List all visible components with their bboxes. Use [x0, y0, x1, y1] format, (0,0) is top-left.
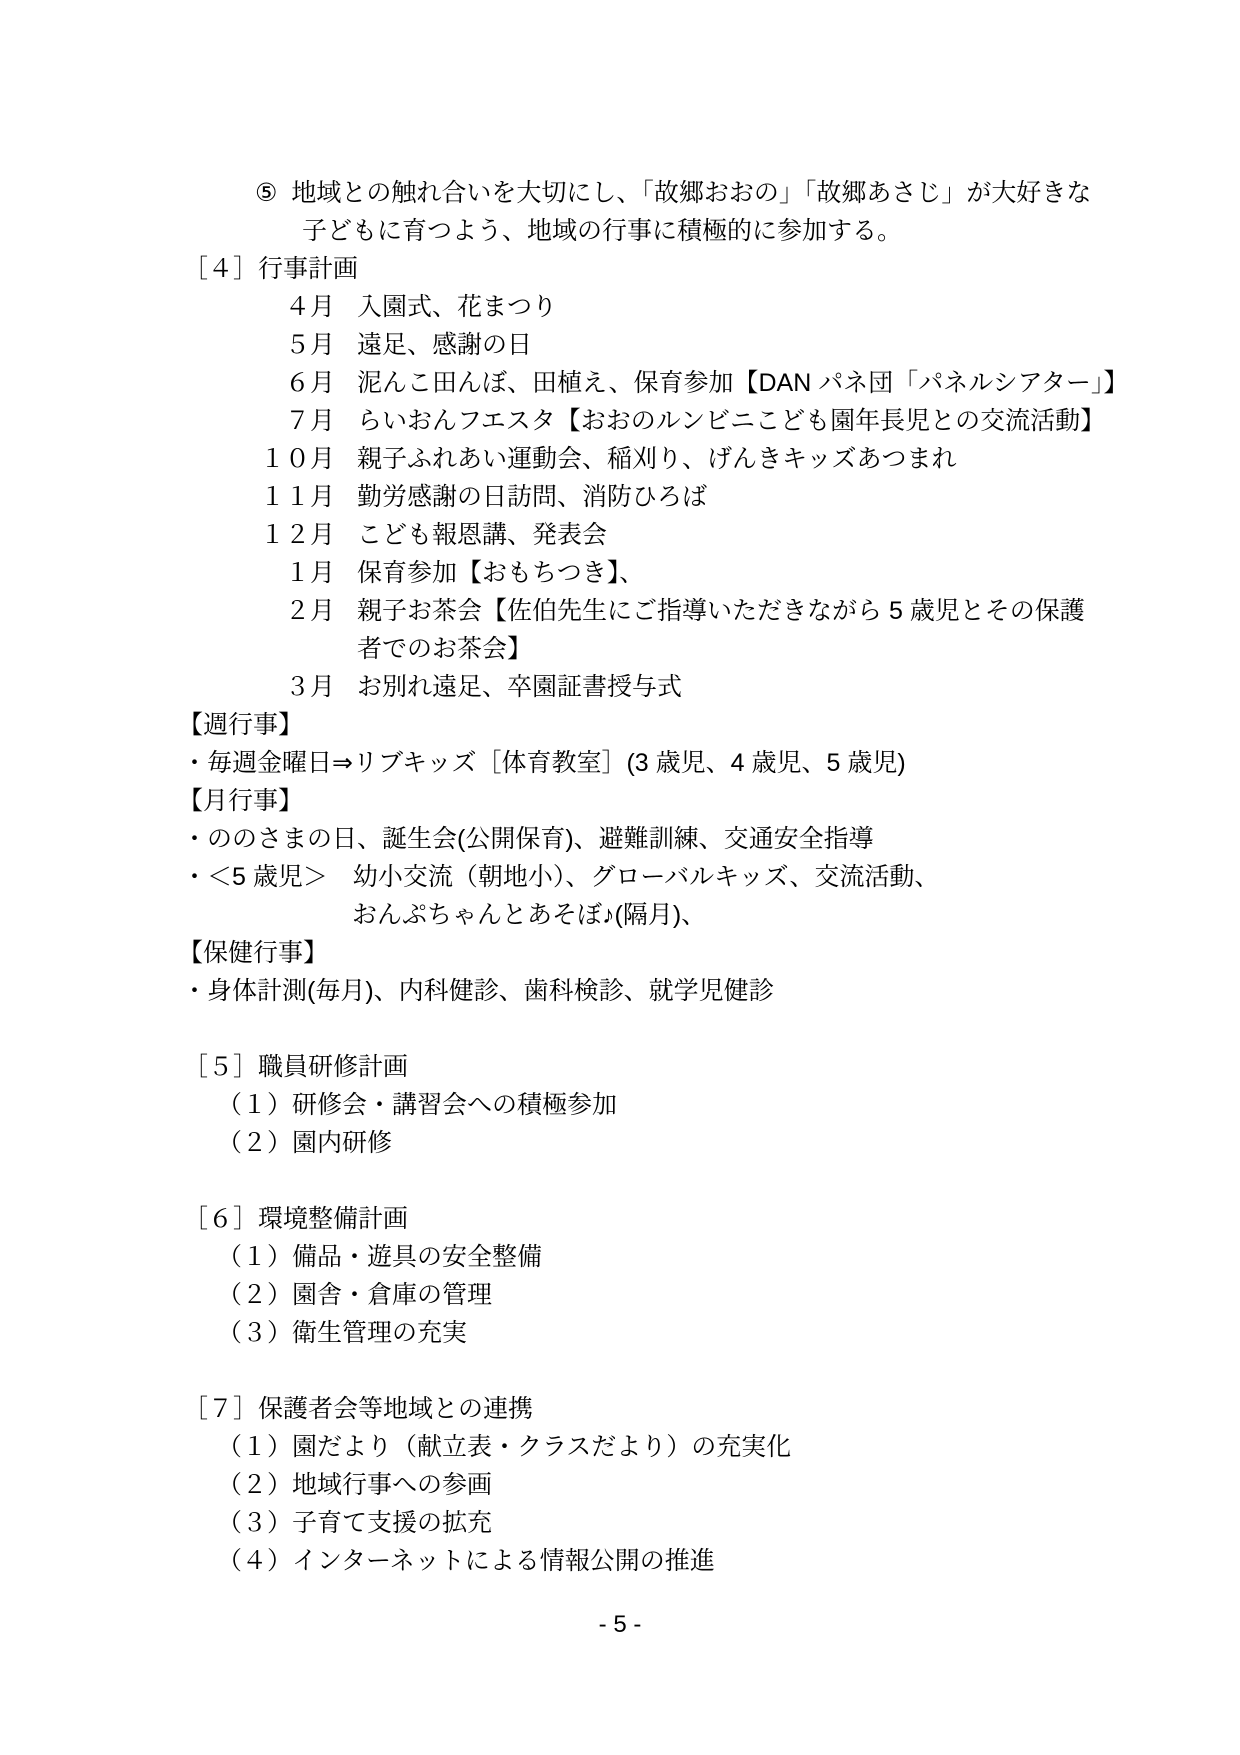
page-number: - 5 - — [0, 1606, 1240, 1644]
goal-item-5-text: 地域との触れ合いを大切にし、「故郷おおの」「故郷あさじ」が大好きな — [277, 179, 1091, 207]
section-6-item: （３）衛生管理の充実 — [0, 1314, 1240, 1352]
section-5-item: （２）園内研修 — [0, 1124, 1240, 1162]
event-row-february: ２月親子お茶会【佐伯先生にご指導いただきながら 5 歳児とその保護 — [0, 592, 1240, 630]
event-month-label: ７月 — [240, 402, 335, 440]
event-row-december: １２月こども報恩講、発表会 — [0, 516, 1240, 554]
event-month-label: １月 — [240, 554, 335, 592]
event-month-label: ６月 — [240, 364, 335, 402]
section-6-heading: ［６］環境整備計画 — [0, 1200, 1240, 1238]
weekly-events-item: ・毎週金曜日⇒リブキッズ［体育教室］(3 歳児、4 歳児、5 歳児) — [0, 744, 1240, 782]
section-gap — [0, 1352, 1240, 1390]
section-4-heading: ［４］行事計画 — [0, 250, 1240, 288]
section-6-item: （１）備品・遊具の安全整備 — [0, 1238, 1240, 1276]
monthly-activities-continuation: おんぷちゃんとあそぼ♪(隔月)、 — [0, 896, 1240, 934]
event-text: 勤労感謝の日訪問、消防ひろば — [335, 478, 707, 516]
event-text: 保育参加【おもちつき】、 — [335, 554, 644, 592]
event-row-may: ５月遠足、感謝の日 — [0, 326, 1240, 364]
section-7-item: （３）子育て支援の拡充 — [0, 1504, 1240, 1542]
event-text: 泥んこ田んぼ、田植え、保育参加【DAN パネ団「パネルシアター」】 — [335, 364, 1128, 402]
section-7-item: （４）インターネットによる情報公開の推進 — [0, 1542, 1240, 1580]
event-text: お別れ遠足、卒園証書授与式 — [335, 668, 682, 706]
event-row-march: ３月お別れ遠足、卒園証書授与式 — [0, 668, 1240, 706]
goal-item-5-line1: ⑤地域との触れ合いを大切にし、「故郷おおの」「故郷あさじ」が大好きな — [0, 174, 1240, 212]
event-month-label: １２月 — [240, 516, 335, 554]
section-5-heading: ［５］職員研修計画 — [0, 1048, 1240, 1086]
health-events-item: ・身体計測(毎月)、内科健診、歯科検診、就学児健診 — [0, 972, 1240, 1010]
section-gap — [0, 1010, 1240, 1048]
event-row-february-continuation: 者でのお茶会】 — [0, 630, 1240, 668]
event-month-label: ２月 — [240, 592, 335, 630]
section-7-heading: ［７］保護者会等地域との連携 — [0, 1390, 1240, 1428]
event-month-label: １１月 — [240, 478, 335, 516]
event-month-label: ４月 — [240, 288, 335, 326]
section-7-item: （１）園だより（献立表・クラスだより）の充実化 — [0, 1428, 1240, 1466]
event-text: 親子お茶会【佐伯先生にご指導いただきながら 5 歳児とその保護 — [335, 592, 1085, 630]
section-7-item: （２）地域行事への参画 — [0, 1466, 1240, 1504]
document-page: ⑤地域との触れ合いを大切にし、「故郷おおの」「故郷あさじ」が大好きな 子どもに育… — [0, 0, 1240, 1755]
health-events-heading: 【保健行事】 — [0, 934, 1240, 972]
event-row-january: １月保育参加【おもちつき】、 — [0, 554, 1240, 592]
weekly-events-heading: 【週行事】 — [0, 706, 1240, 744]
event-text: らいおんフエスタ【おおのルンビニこども園年長児との交流活動】 — [335, 402, 1105, 440]
event-row-june: ６月泥んこ田んぼ、田植え、保育参加【DAN パネ団「パネルシアター」】 — [0, 364, 1240, 402]
document-body: ⑤地域との触れ合いを大切にし、「故郷おおの」「故郷あさじ」が大好きな 子どもに育… — [0, 174, 1240, 1580]
monthly-activities-item: ・＜5 歳児＞ 幼小交流（朝地小）、グローバルキッズ、交流活動、 — [0, 858, 1240, 896]
event-month-label: １０月 — [240, 440, 335, 478]
section-5-item: （１）研修会・講習会への積極参加 — [0, 1086, 1240, 1124]
event-month-label: ３月 — [240, 668, 335, 706]
monthly-activities-heading: 【月行事】 — [0, 782, 1240, 820]
event-text: 入園式、花まつり — [335, 288, 557, 326]
section-6-item: （２）園舎・倉庫の管理 — [0, 1276, 1240, 1314]
circled-5-marker: ⑤ — [255, 174, 277, 212]
monthly-activities-item: ・ののさまの日、誕生会(公開保育)、避難訓練、交通安全指導 — [0, 820, 1240, 858]
event-row-november: １１月勤労感謝の日訪問、消防ひろば — [0, 478, 1240, 516]
event-row-october: １０月親子ふれあい運動会、稲刈り、げんきキッズあつまれ — [0, 440, 1240, 478]
event-text: こども報恩講、発表会 — [335, 516, 607, 554]
event-text: 遠足、感謝の日 — [335, 326, 532, 364]
event-text: 親子ふれあい運動会、稲刈り、げんきキッズあつまれ — [335, 440, 957, 478]
event-row-july: ７月らいおんフエスタ【おおのルンビニこども園年長児との交流活動】 — [0, 402, 1240, 440]
goal-item-5-line2: 子どもに育つよう、地域の行事に積極的に参加する。 — [0, 212, 1240, 250]
section-gap — [0, 1162, 1240, 1200]
event-row-april: ４月入園式、花まつり — [0, 288, 1240, 326]
event-month-label: ５月 — [240, 326, 335, 364]
